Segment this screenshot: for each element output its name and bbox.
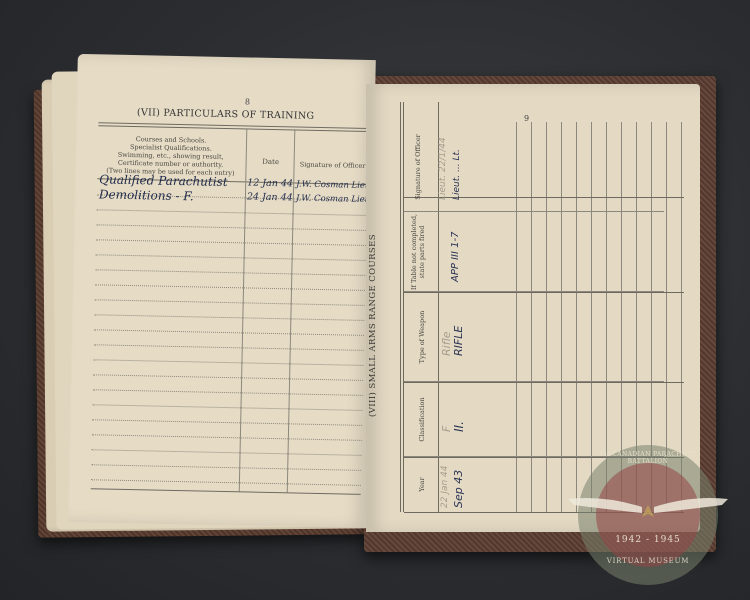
- parachute-wings-icon: [564, 493, 732, 521]
- weapon-entry: RIFLE: [452, 326, 465, 356]
- museum-watermark-logo: 1st CANADIAN PARACHUTE BATTALION 1942 - …: [578, 445, 718, 585]
- signature-entry: Lieut. ... Lt.: [452, 149, 462, 200]
- year-entry-faint: 22 Jan 44: [440, 466, 450, 509]
- column-header-date: Date: [248, 157, 294, 166]
- watermark-years: 1942 - 1945: [578, 535, 718, 545]
- signature-faint: Lieut. 22/1/44: [438, 137, 448, 200]
- column-header-signature: Signature of Officer: [298, 160, 368, 169]
- parts-fired-entry: APP III 1-7: [450, 232, 461, 282]
- signature-entry: J.W. Cosman Lieut.: [296, 193, 377, 205]
- signature-entry: J.W. Cosman Lieut.: [296, 179, 377, 191]
- left-page: 8 (VII) PARTICULARS OF TRAINING Courses …: [68, 54, 376, 528]
- section-title: (VIII) SMALL ARMS RANGE COURSES: [368, 234, 378, 417]
- watermark-top-text: 1st CANADIAN PARACHUTE BATTALION: [588, 451, 708, 465]
- course-entry: Demolitions - F.: [99, 187, 194, 203]
- column-header-parts-fired: If Table not completed, state parts fire…: [410, 212, 426, 292]
- course-entry: Qualified Parachutist: [99, 172, 228, 189]
- column-header-weapon: Type of Weapon: [418, 292, 426, 382]
- page-number: 8: [245, 97, 250, 106]
- watermark-bottom-text: VIRTUAL MUSEUM: [578, 557, 718, 565]
- column-header-signature: Signature of Officer: [414, 122, 422, 212]
- year-entry: Sep 43: [452, 470, 465, 508]
- section-title: (VII) PARTICULARS OF TRAINING: [77, 106, 375, 123]
- classification-entry: II.: [452, 421, 466, 432]
- column-header-year: Year: [418, 457, 426, 512]
- date-entry: 24 Jan 44: [247, 191, 293, 203]
- date-entry: 12 Jan 44: [247, 177, 293, 189]
- column-header-courses: Courses and Schools. Specialist Qualific…: [95, 134, 246, 177]
- column-header-classification: Classification: [418, 382, 426, 457]
